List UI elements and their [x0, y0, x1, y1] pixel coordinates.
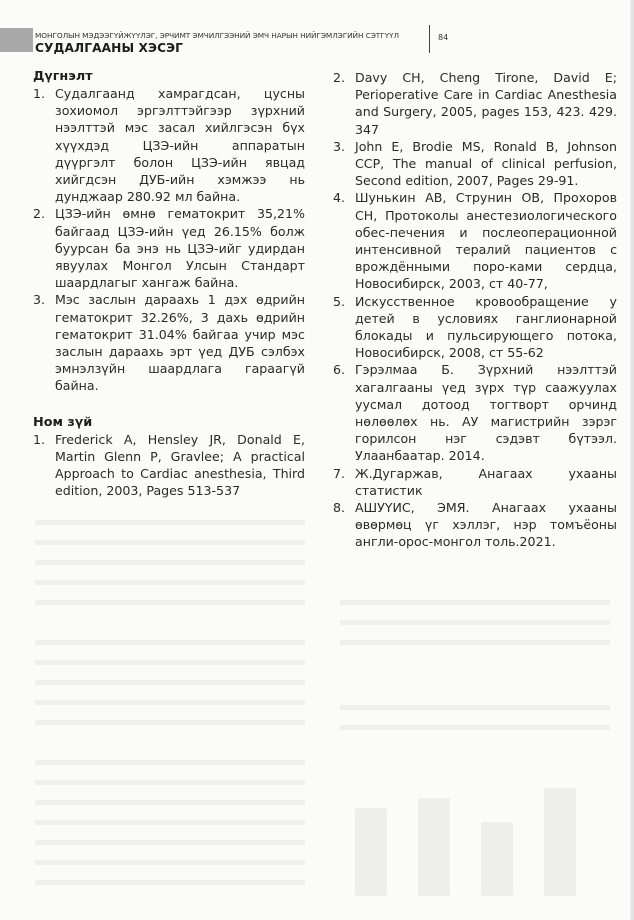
- item-number: 3.: [333, 138, 345, 155]
- reference-item: 4.Шунькин АВ, Струнин ОВ, Прохоров СН, П…: [333, 189, 617, 292]
- reference-item: 6.Гэрэлмаа Б. Зүрхний нээлттэй хагалгаан…: [333, 361, 617, 464]
- conclusion-item: 3.Мэс заслын дараахь 1 дэх өдрийн гемато…: [33, 291, 305, 394]
- page-number: 84: [438, 33, 448, 42]
- item-text: ЦЗЭ-ийн өмнө гематокрит 35,21% байгаад Ц…: [55, 206, 305, 290]
- item-text: Davy CH, Cheng Tirone, David E; Perioper…: [355, 70, 617, 137]
- reference-item: 7.Ж.Дугаржав, Анагаах ухааны статистик: [333, 465, 617, 499]
- item-number: 8.: [333, 499, 345, 516]
- item-text: Мэс заслын дараахь 1 дэх өдрийн гематокр…: [55, 292, 305, 393]
- item-text: Frederick A, Hensley JR, Donald E, Marti…: [55, 432, 305, 499]
- item-text: Судалгаанд хамрагдсан, цусны зохиомол эр…: [55, 86, 305, 204]
- conclusion-item: 1.Судалгаанд хамрагдсан, цусны зохиомол …: [33, 85, 305, 205]
- item-number: 5.: [333, 293, 345, 310]
- item-text: Шунькин АВ, Струнин ОВ, Прохоров СН, Про…: [355, 190, 617, 291]
- item-number: 4.: [333, 189, 345, 206]
- header-divider: [429, 25, 430, 53]
- section-title: СУДАЛГААНЫ ХЭСЭГ: [35, 41, 183, 55]
- reference-item: 1.Frederick A, Hensley JR, Donald E, Mar…: [33, 431, 305, 500]
- conclusion-heading: Дүгнэлт: [33, 68, 305, 85]
- left-column: Дүгнэлт 1.Судалгаанд хамрагдсан, цусны з…: [33, 68, 305, 499]
- reference-item: 8.АШУҮИС, ЭМЯ. Анагаах ухааны өвөрмөц үг…: [333, 499, 617, 551]
- item-number: 2.: [333, 69, 345, 86]
- reference-item: 5.Искусственное кровообращение у детей в…: [333, 293, 617, 362]
- references-list-left: 1.Frederick A, Hensley JR, Donald E, Mar…: [33, 431, 305, 500]
- journal-title: МОНГОЛЫН МЭДЭЭГҮЙЖҮҮЛЭГ, ЭРЧИМТ ЭМЧИЛГЭЭ…: [35, 31, 399, 40]
- conclusion-item: 2.ЦЗЭ-ийн өмнө гематокрит 35,21% байгаад…: [33, 205, 305, 291]
- item-number: 3.: [33, 291, 45, 308]
- item-number: 1.: [33, 431, 45, 448]
- references-heading: Ном зүй: [33, 414, 305, 431]
- item-number: 2.: [33, 205, 45, 222]
- item-number: 7.: [333, 465, 345, 482]
- item-text: Искусственное кровообращение у детей в у…: [355, 294, 617, 361]
- reference-item: 2.Davy CH, Cheng Tirone, David E; Periop…: [333, 69, 617, 138]
- item-number: 1.: [33, 85, 45, 102]
- conclusion-list: 1.Судалгаанд хамрагдсан, цусны зохиомол …: [33, 85, 305, 395]
- item-text: Ж.Дугаржав, Анагаах ухааны статистик: [355, 466, 617, 498]
- references-list-right: 2.Davy CH, Cheng Tirone, David E; Periop…: [333, 69, 617, 551]
- reference-item: 3.John E, Brodie MS, Ronald B, Johnson C…: [333, 138, 617, 190]
- item-text: АШУҮИС, ЭМЯ. Анагаах ухааны өвөрмөц үг х…: [355, 500, 617, 549]
- header-color-block: [0, 28, 33, 52]
- item-text: John E, Brodie MS, Ronald B, Johnson CCP…: [355, 139, 617, 188]
- item-number: 6.: [333, 361, 345, 378]
- item-text: Гэрэлмаа Б. Зүрхний нээлттэй хагалгааны …: [355, 362, 617, 463]
- right-column: 2.Davy CH, Cheng Tirone, David E; Periop…: [333, 69, 617, 551]
- page-edge: [630, 0, 634, 920]
